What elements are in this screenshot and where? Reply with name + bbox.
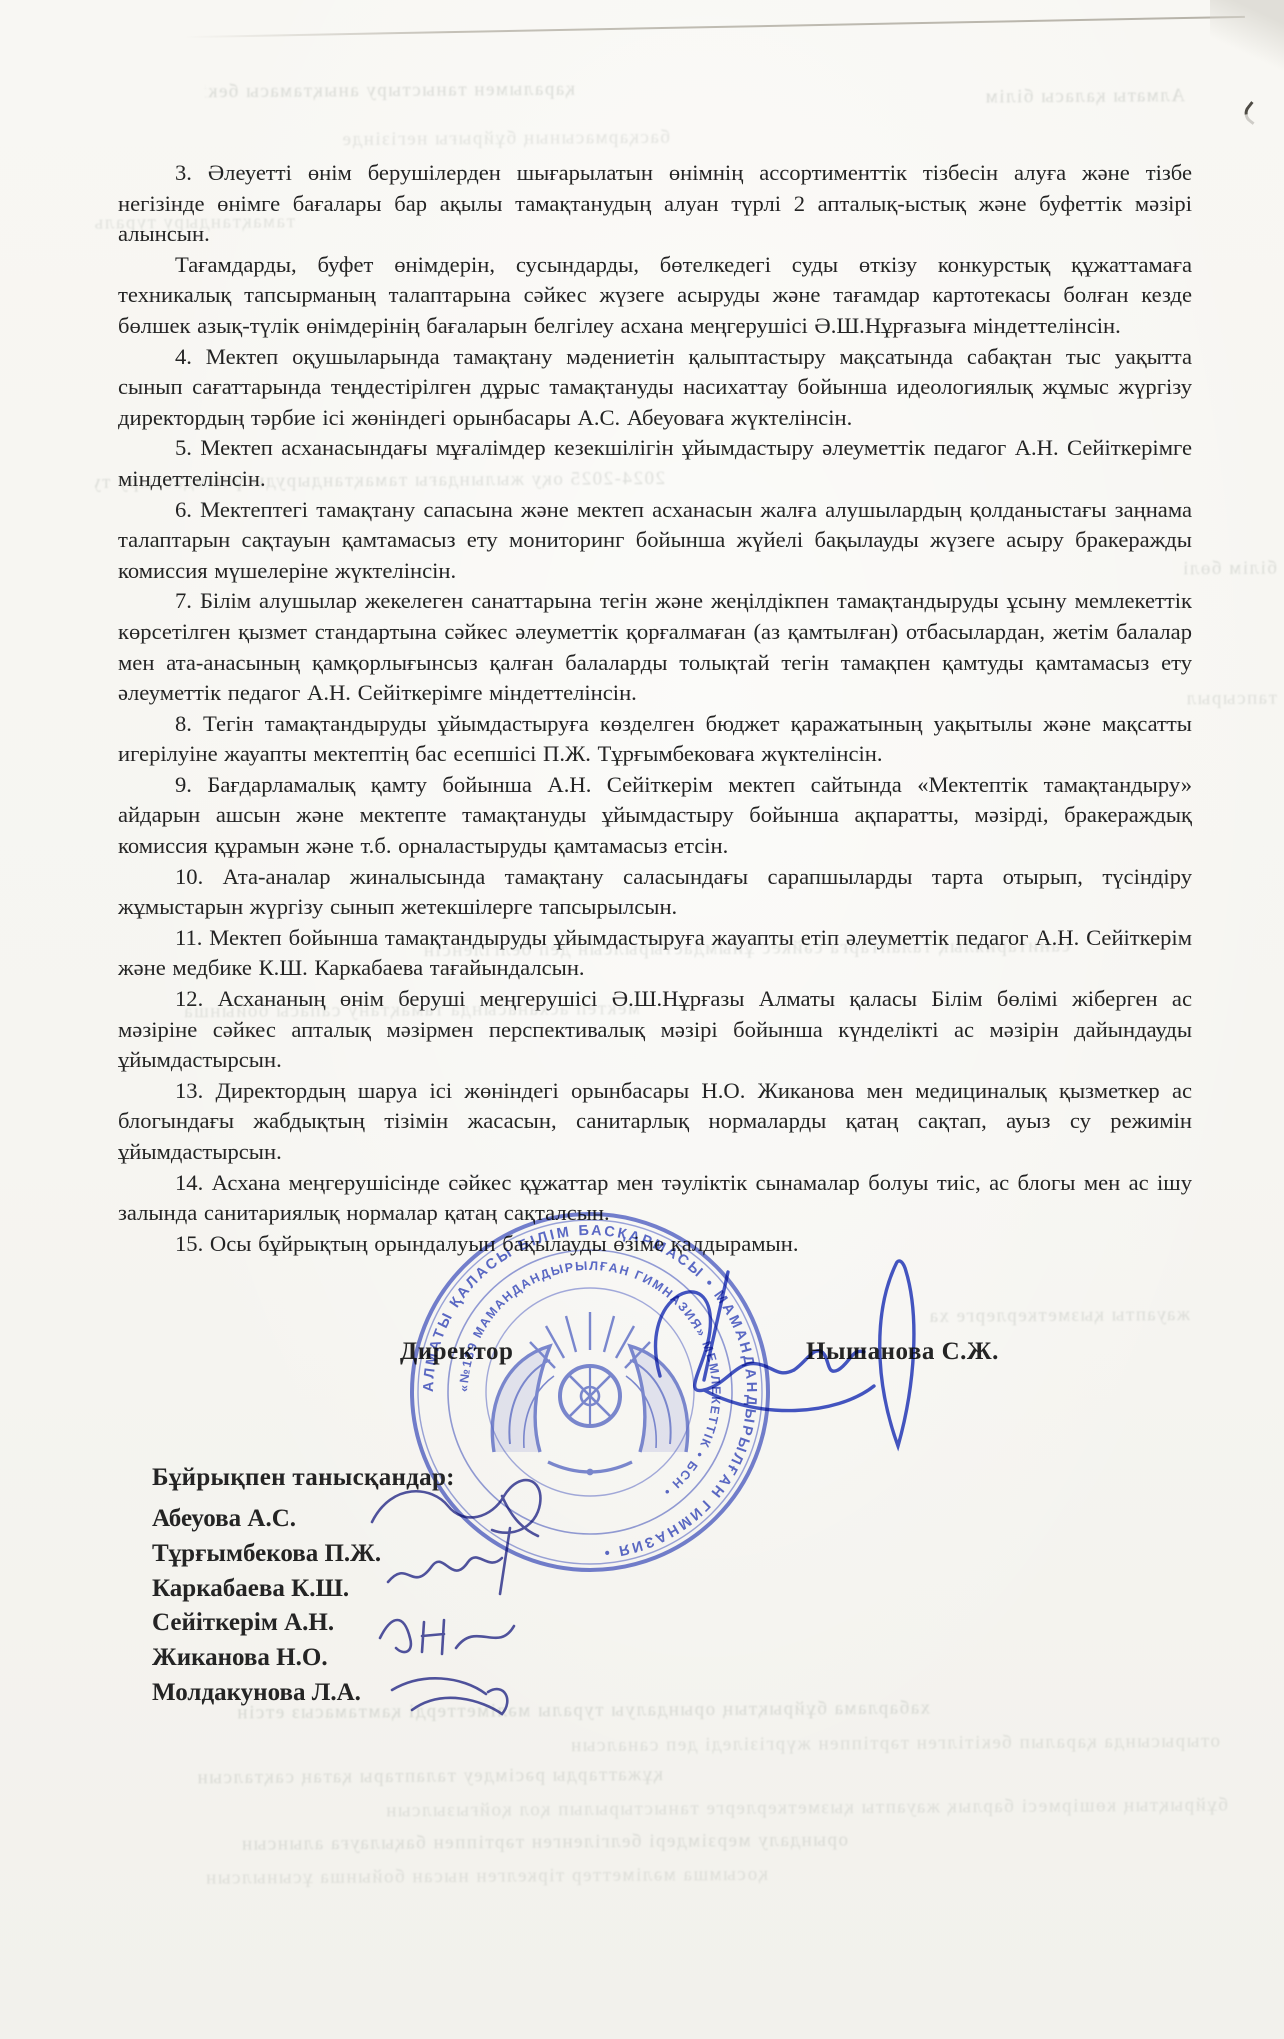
acknowledgement-signatures: [352, 1462, 592, 1732]
paragraph-text: 10. Ата-аналар жиналысында тамақтану сал…: [118, 864, 1192, 920]
order-paragraph: 4. Мектеп оқушыларында тамақтану мәдение…: [118, 342, 1192, 434]
bleedthrough-text: құжаттарды рәсімдеу талаптары қатаң сақт…: [118, 1764, 663, 1790]
bleedthrough-text: орындалу мерзімдері белгіленген тәртіппе…: [148, 1830, 848, 1857]
acknowledged-name-text: Тұрғымбекова П.Ж.: [152, 1540, 381, 1567]
paragraph-text: 3. Әлеуетті өнім берушілерден шығарылаты…: [118, 160, 1192, 246]
paragraph-text: 6. Мектептегі тамақтану сапасына және ме…: [118, 497, 1192, 583]
acknowledged-name: Сейіткерім А.Н.: [152, 1606, 381, 1641]
order-paragraph: 6. Мектептегі тамақтану сапасына және ме…: [118, 495, 1192, 587]
paragraph-text: 12. Асхананың өнім беруші меңгерушісі Ә.…: [118, 986, 1192, 1072]
acknowledged-name-text: Жиканова Н.О.: [152, 1644, 328, 1671]
order-body: 3. Әлеуетті өнім берушілерден шығарылаты…: [118, 158, 1192, 1259]
paragraph-text: 5. Мектеп асханасындағы мұғалімдер кезек…: [118, 435, 1192, 491]
paragraph-text: 4. Мектеп оқушыларында тамақтану мәдение…: [118, 344, 1192, 430]
scan-corner-mark: [1240, 101, 1264, 125]
director-signature: [608, 1248, 938, 1458]
order-paragraph: 13. Директордың шаруа ісі жөніндегі орын…: [118, 1076, 1192, 1168]
acknowledged-name: Абеуова А.С.: [152, 1502, 381, 1537]
acknowledged-name-text: Молдакунова Л.А.: [152, 1679, 361, 1706]
paragraph-text: Тағамдарды, буфет өнімдерін, сусындарды,…: [118, 252, 1192, 338]
order-paragraph: 11. Мектеп бойынша тамақтандыруды ұйымда…: [118, 923, 1192, 984]
acknowledged-name: Жиканова Н.О.: [152, 1641, 381, 1676]
paragraph-text: 9. Бағдарламалық қамту бойынша А.Н. Сейі…: [118, 772, 1192, 858]
order-paragraph: 9. Бағдарламалық қамту бойынша А.Н. Сейі…: [118, 770, 1192, 862]
paragraph-text: 13. Директордың шаруа ісі жөніндегі орын…: [118, 1078, 1192, 1164]
bleedthrough-text: білім бөліміне: [1182, 558, 1277, 581]
bleedthrough-text: Алматы қаласы білім: [935, 85, 1185, 109]
bleedthrough-text: тапсырылсын: [1185, 688, 1277, 711]
paragraph-text: 7. Білім алушылар жекелеген санаттарына …: [118, 588, 1192, 705]
scan-corner-shade: [1210, 0, 1284, 96]
scan-edge-line: [185, 16, 1245, 38]
order-paragraph: 8. Тегін тамақтандыруды ұйымдастыруға кө…: [118, 709, 1192, 770]
bleedthrough-text: қосымша мәліметтер тіркелген нысан бойын…: [138, 1864, 768, 1890]
paragraph-text: 11. Мектеп бойынша тамақтандыруды ұйымда…: [118, 925, 1192, 981]
acknowledged-name: Тұрғымбекова П.Ж.: [152, 1537, 381, 1572]
bleedthrough-text: басқармасының бұйрығы негізінде: [330, 127, 670, 151]
acknowledged-name-text: Абеуова А.С.: [152, 1505, 296, 1532]
scanned-document-page: қаралымен таныстыру анықтамасы бекітілді…: [0, 0, 1284, 2039]
bleedthrough-text: жауапты қызметкерлерге хабарлансын: [930, 1304, 1190, 1328]
acknowledged-name-text: Сейіткерім А.Н.: [152, 1609, 334, 1636]
order-paragraph: 5. Мектеп асханасындағы мұғалімдер кезек…: [118, 433, 1192, 494]
order-paragraph: Тағамдарды, буфет өнімдерін, сусындарды,…: [118, 250, 1192, 342]
bleedthrough-text: отырысында қаралып бекітілген тәртіппен …: [555, 1731, 1220, 1758]
order-paragraph: 10. Ата-аналар жиналысында тамақтану сал…: [118, 862, 1192, 923]
order-paragraph: 7. Білім алушылар жекелеген санаттарына …: [118, 586, 1192, 708]
bleedthrough-text: қаралымен таныстыру анықтамасы бекітілді: [205, 79, 575, 104]
bleedthrough-text: бұйрықтың көшірмесі барлық жауапты қызме…: [228, 1795, 1228, 1824]
acknowledged-name: Молдакунова Л.А.: [152, 1676, 381, 1711]
paragraph-text: 8. Тегін тамақтандыруды ұйымдастыруға кө…: [118, 711, 1192, 767]
acknowledged-names-list: Абеуова А.С.Тұрғымбекова П.Ж.Каркабаева …: [152, 1502, 381, 1711]
acknowledged-name: Каркабаева К.Ш.: [152, 1572, 381, 1607]
acknowledged-name-text: Каркабаева К.Ш.: [152, 1575, 349, 1602]
order-paragraph: 3. Әлеуетті өнім берушілерден шығарылаты…: [118, 158, 1192, 250]
order-paragraph: 12. Асхананың өнім беруші меңгерушісі Ә.…: [118, 984, 1192, 1076]
